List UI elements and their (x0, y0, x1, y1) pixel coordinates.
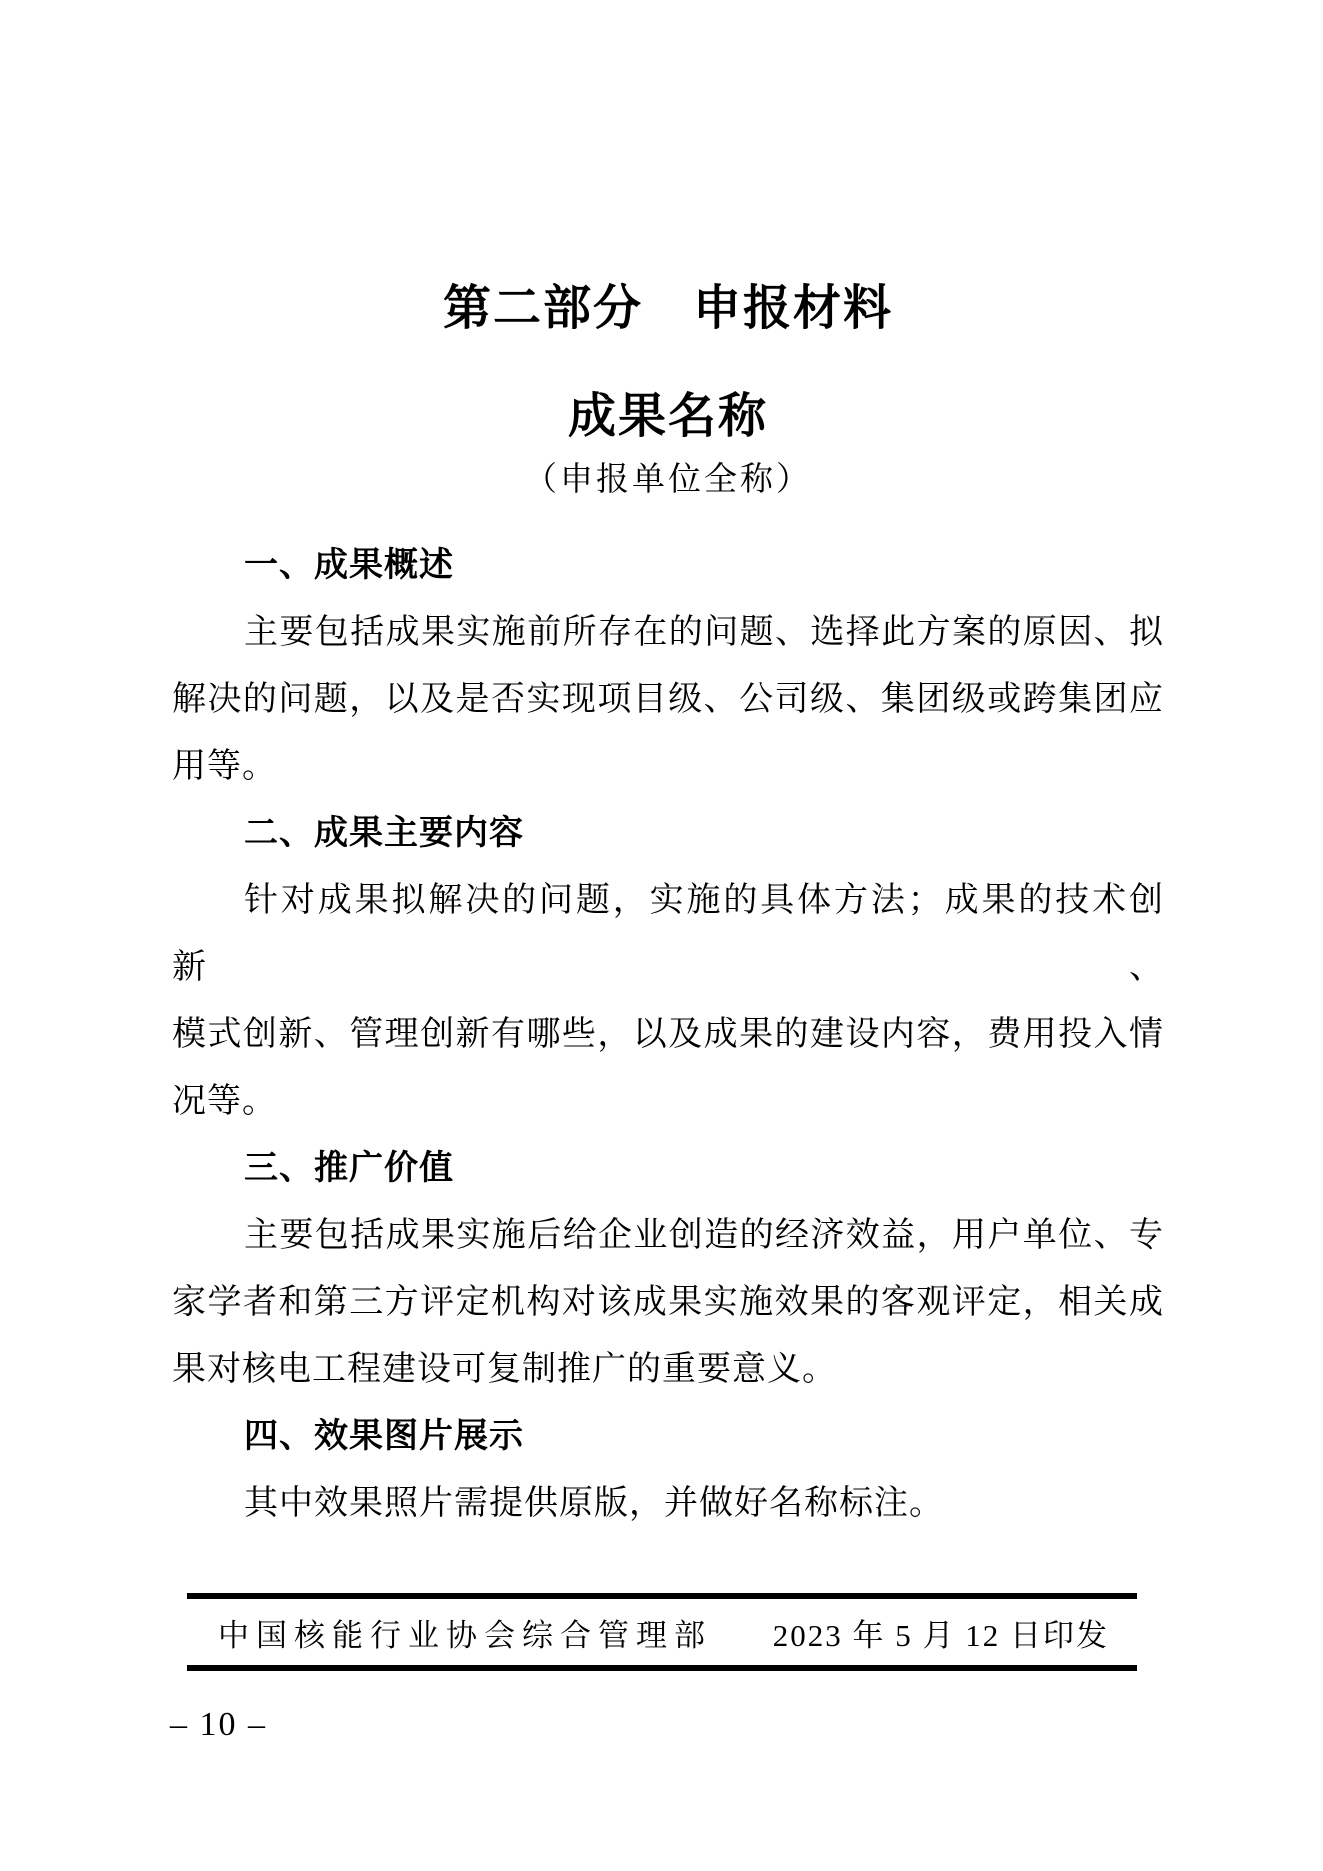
section-heading: 四、效果图片展示 (172, 1403, 1164, 1470)
paragraph-line: 主要包括成果实施后给企业创造的经济效益，用户单位、专 (172, 1202, 1164, 1269)
paragraph-line: 主要包括成果实施前所存在的问题、选择此方案的原因、拟 (172, 599, 1164, 666)
document-page: 第二部分 申报材料 成果名称 （申报单位全称） 一、成果概述主要包括成果实施前所… (0, 0, 1323, 1871)
paragraph-line: 果对核电工程建设可复制推广的重要意义。 (172, 1336, 1164, 1403)
paragraph-line: 针对成果拟解决的问题，实施的具体方法；成果的技术创新、 (172, 867, 1164, 1001)
document-body: 一、成果概述主要包括成果实施前所存在的问题、选择此方案的原因、拟解决的问题，以及… (172, 532, 1164, 1537)
issuer-name: 中国核能行业协会综合管理部 (218, 1610, 712, 1655)
document-content: 第二部分 申报材料 成果名称 （申报单位全称） 一、成果概述主要包括成果实施前所… (172, 0, 1164, 1537)
paragraph: 主要包括成果实施前所存在的问题、选择此方案的原因、拟解决的问题，以及是否实现项目… (172, 599, 1164, 800)
paragraph-line: 家学者和第三方评定机构对该成果实施效果的客观评定，相关成 (172, 1269, 1164, 1336)
section-heading: 二、成果主要内容 (172, 800, 1164, 867)
issue-date: 2023 年 5 月 12 日印发 (773, 1610, 1109, 1655)
paragraph-line: 用等。 (172, 733, 1164, 800)
page-number: – 10 – (170, 1706, 267, 1744)
applicant-unit-note: （申报单位全称） (172, 459, 1164, 501)
paragraph-line: 其中效果照片需提供原版，并做好名称标注。 (172, 1470, 1164, 1537)
paragraph-line: 况等。 (172, 1068, 1164, 1135)
issuer-footer: 中国核能行业协会综合管理部 2023 年 5 月 12 日印发 (187, 1593, 1137, 1671)
achievement-title: 成果名称 (172, 388, 1164, 446)
paragraph-line: 模式创新、管理创新有哪些，以及成果的建设内容，费用投入情 (172, 1001, 1164, 1068)
paragraph-line: 解决的问题，以及是否实现项目级、公司级、集团级或跨集团应 (172, 666, 1164, 733)
paragraph: 针对成果拟解决的问题，实施的具体方法；成果的技术创新、模式创新、管理创新有哪些，… (172, 867, 1164, 1135)
part-title: 第二部分 申报材料 (172, 0, 1164, 338)
paragraph: 主要包括成果实施后给企业创造的经济效益，用户单位、专家学者和第三方评定机构对该成… (172, 1202, 1164, 1403)
section-heading: 三、推广价值 (172, 1135, 1164, 1202)
section-heading: 一、成果概述 (172, 532, 1164, 599)
paragraph: 其中效果照片需提供原版，并做好名称标注。 (172, 1470, 1164, 1537)
